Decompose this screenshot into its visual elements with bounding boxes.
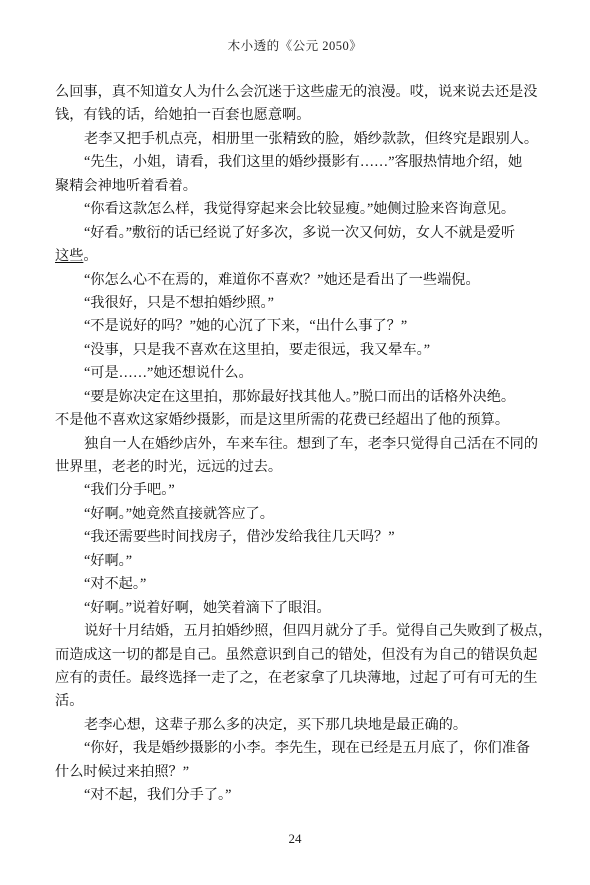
text-line: 独自一人在婚纱店外，车来车往。想到了车，老李只觉得自己活在不同的 <box>55 433 542 456</box>
text-line: 说好十月结婚，五月拍婚纱照，但四月就分了手。觉得自己失败到了极点， <box>55 620 542 643</box>
text-line: “你看这款怎么样，我觉得穿起来会比较显瘦。”她侧过脸来咨询意见。 <box>55 198 542 221</box>
underlined-text: 这些 <box>55 248 83 264</box>
page-header-title: 木小透的《公元 2050》 <box>0 39 590 53</box>
text-line: “我很好，只是不想拍婚纱照。” <box>55 292 542 315</box>
text-line: 么回事，真不知道女人为什么会沉迷于这些虚无的浪漫。哎，说来说去还是没 <box>55 81 542 104</box>
text-line: 世界里，老老的时光，远远的过去。 <box>55 456 542 479</box>
text-line: “我们分手吧。” <box>55 479 542 502</box>
text-line: “先生，小姐，请看，我们这里的婚纱摄影有……”客服热情地介绍，她 <box>55 151 542 174</box>
text-line: “好啊。” <box>55 550 542 573</box>
text-line: “你好，我是婚纱摄影的小李。李先生，现在已经是五月底了，你们准备 <box>55 737 542 760</box>
text-line: “没事，只是我不喜欢在这里拍，要走很远，我又晕车。” <box>55 339 542 362</box>
text-line: 而造成这一切的都是自己。虽然意识到自己的错处，但没有为自己的错误负起 <box>55 644 542 667</box>
text-line: “不是说好的吗？”她的心沉了下来，“出什么事了？” <box>55 315 542 338</box>
document-page: 木小透的《公元 2050》 么回事，真不知道女人为什么会沉迷于这些虚无的浪漫。哎… <box>0 0 590 885</box>
text-line: 什么时候过来拍照？” <box>55 761 542 784</box>
text-line: 不是他不喜欢这家婚纱摄影，而是这里所需的花费已经超出了他的预算。 <box>55 409 542 432</box>
text-line: 老李又把手机点亮，相册里一张精致的脸，婚纱款款，但终究是跟别人。 <box>55 128 542 151</box>
text-line: 钱，有钱的话，给她拍一百套也愿意啊。 <box>55 104 542 127</box>
body-text: 么回事，真不知道女人为什么会沉迷于这些虚无的浪漫。哎，说来说去还是没钱，有钱的话… <box>55 81 542 808</box>
text-line: 聚精会神地听着看着。 <box>55 175 542 198</box>
text-line: “对不起。” <box>55 573 542 596</box>
text-line: 活。 <box>55 690 542 713</box>
text-line: “好看。”敷衍的话已经说了好多次，多说一次又何妨，女人不就是爱听 <box>55 222 542 245</box>
text-line: “可是……”她还想说什么。 <box>55 362 542 385</box>
text-line: 老李心想，这辈子那么多的决定，买下那几块地是最正确的。 <box>55 714 542 737</box>
text-line: “对不起，我们分手了。” <box>55 784 542 807</box>
text-line: “好啊。”她竟然直接就答应了。 <box>55 503 542 526</box>
text-line: 这些。 <box>55 245 542 268</box>
page-number: 24 <box>0 831 590 847</box>
text-line: “好啊。”说着好啊，她笑着滴下了眼泪。 <box>55 597 542 620</box>
text-line: “我还需要些时间找房子，借沙发给我往几天吗？” <box>55 526 542 549</box>
text-line: “要是妳决定在这里拍，那妳最好找其他人。”脱口而出的话格外决绝。 <box>55 386 542 409</box>
text-line: 应有的责任。最终选择一走了之，在老家拿了几块薄地，过起了可有可无的生 <box>55 667 542 690</box>
text-line: “你怎么心不在焉的，难道你不喜欢？”她还是看出了一些端倪。 <box>55 269 542 292</box>
